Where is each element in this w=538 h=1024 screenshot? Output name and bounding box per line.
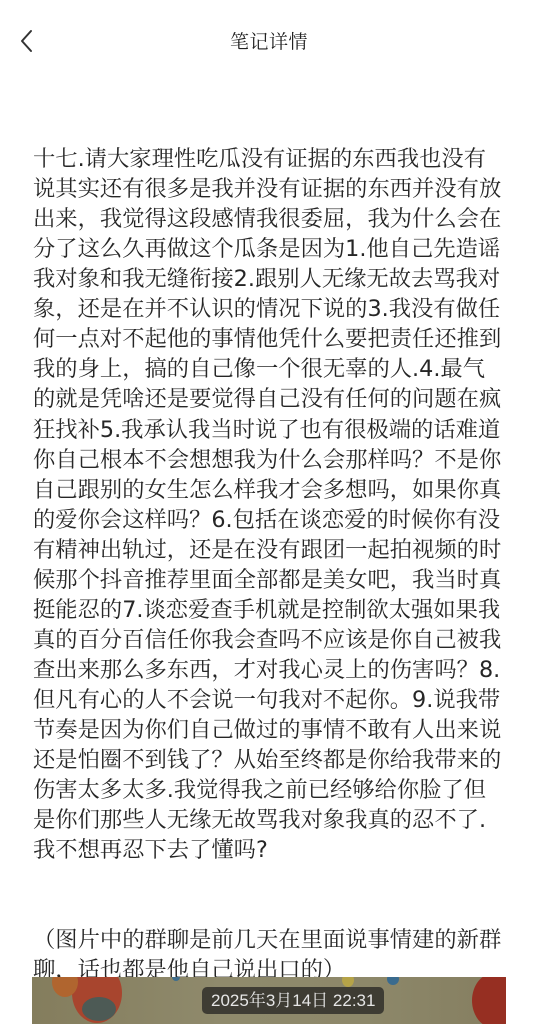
note-body: 十七.请大家理性吃瓜没有证据的东西我也没有说其实还有很多是我并没有证据的东西并没… xyxy=(33,84,503,1015)
top-nav-bar: 笔记详情 xyxy=(0,0,538,82)
note-paragraph-main: 十七.请大家理性吃瓜没有证据的东西我也没有说其实还有很多是我并没有证据的东西并没… xyxy=(33,144,503,865)
image-decoration xyxy=(472,977,506,1024)
page-title: 笔记详情 xyxy=(0,27,538,54)
note-image[interactable]: 2025年3月14日 22:31 xyxy=(32,977,506,1024)
image-timestamp: 2025年3月14日 22:31 xyxy=(202,987,384,1014)
image-decoration xyxy=(82,997,116,1021)
